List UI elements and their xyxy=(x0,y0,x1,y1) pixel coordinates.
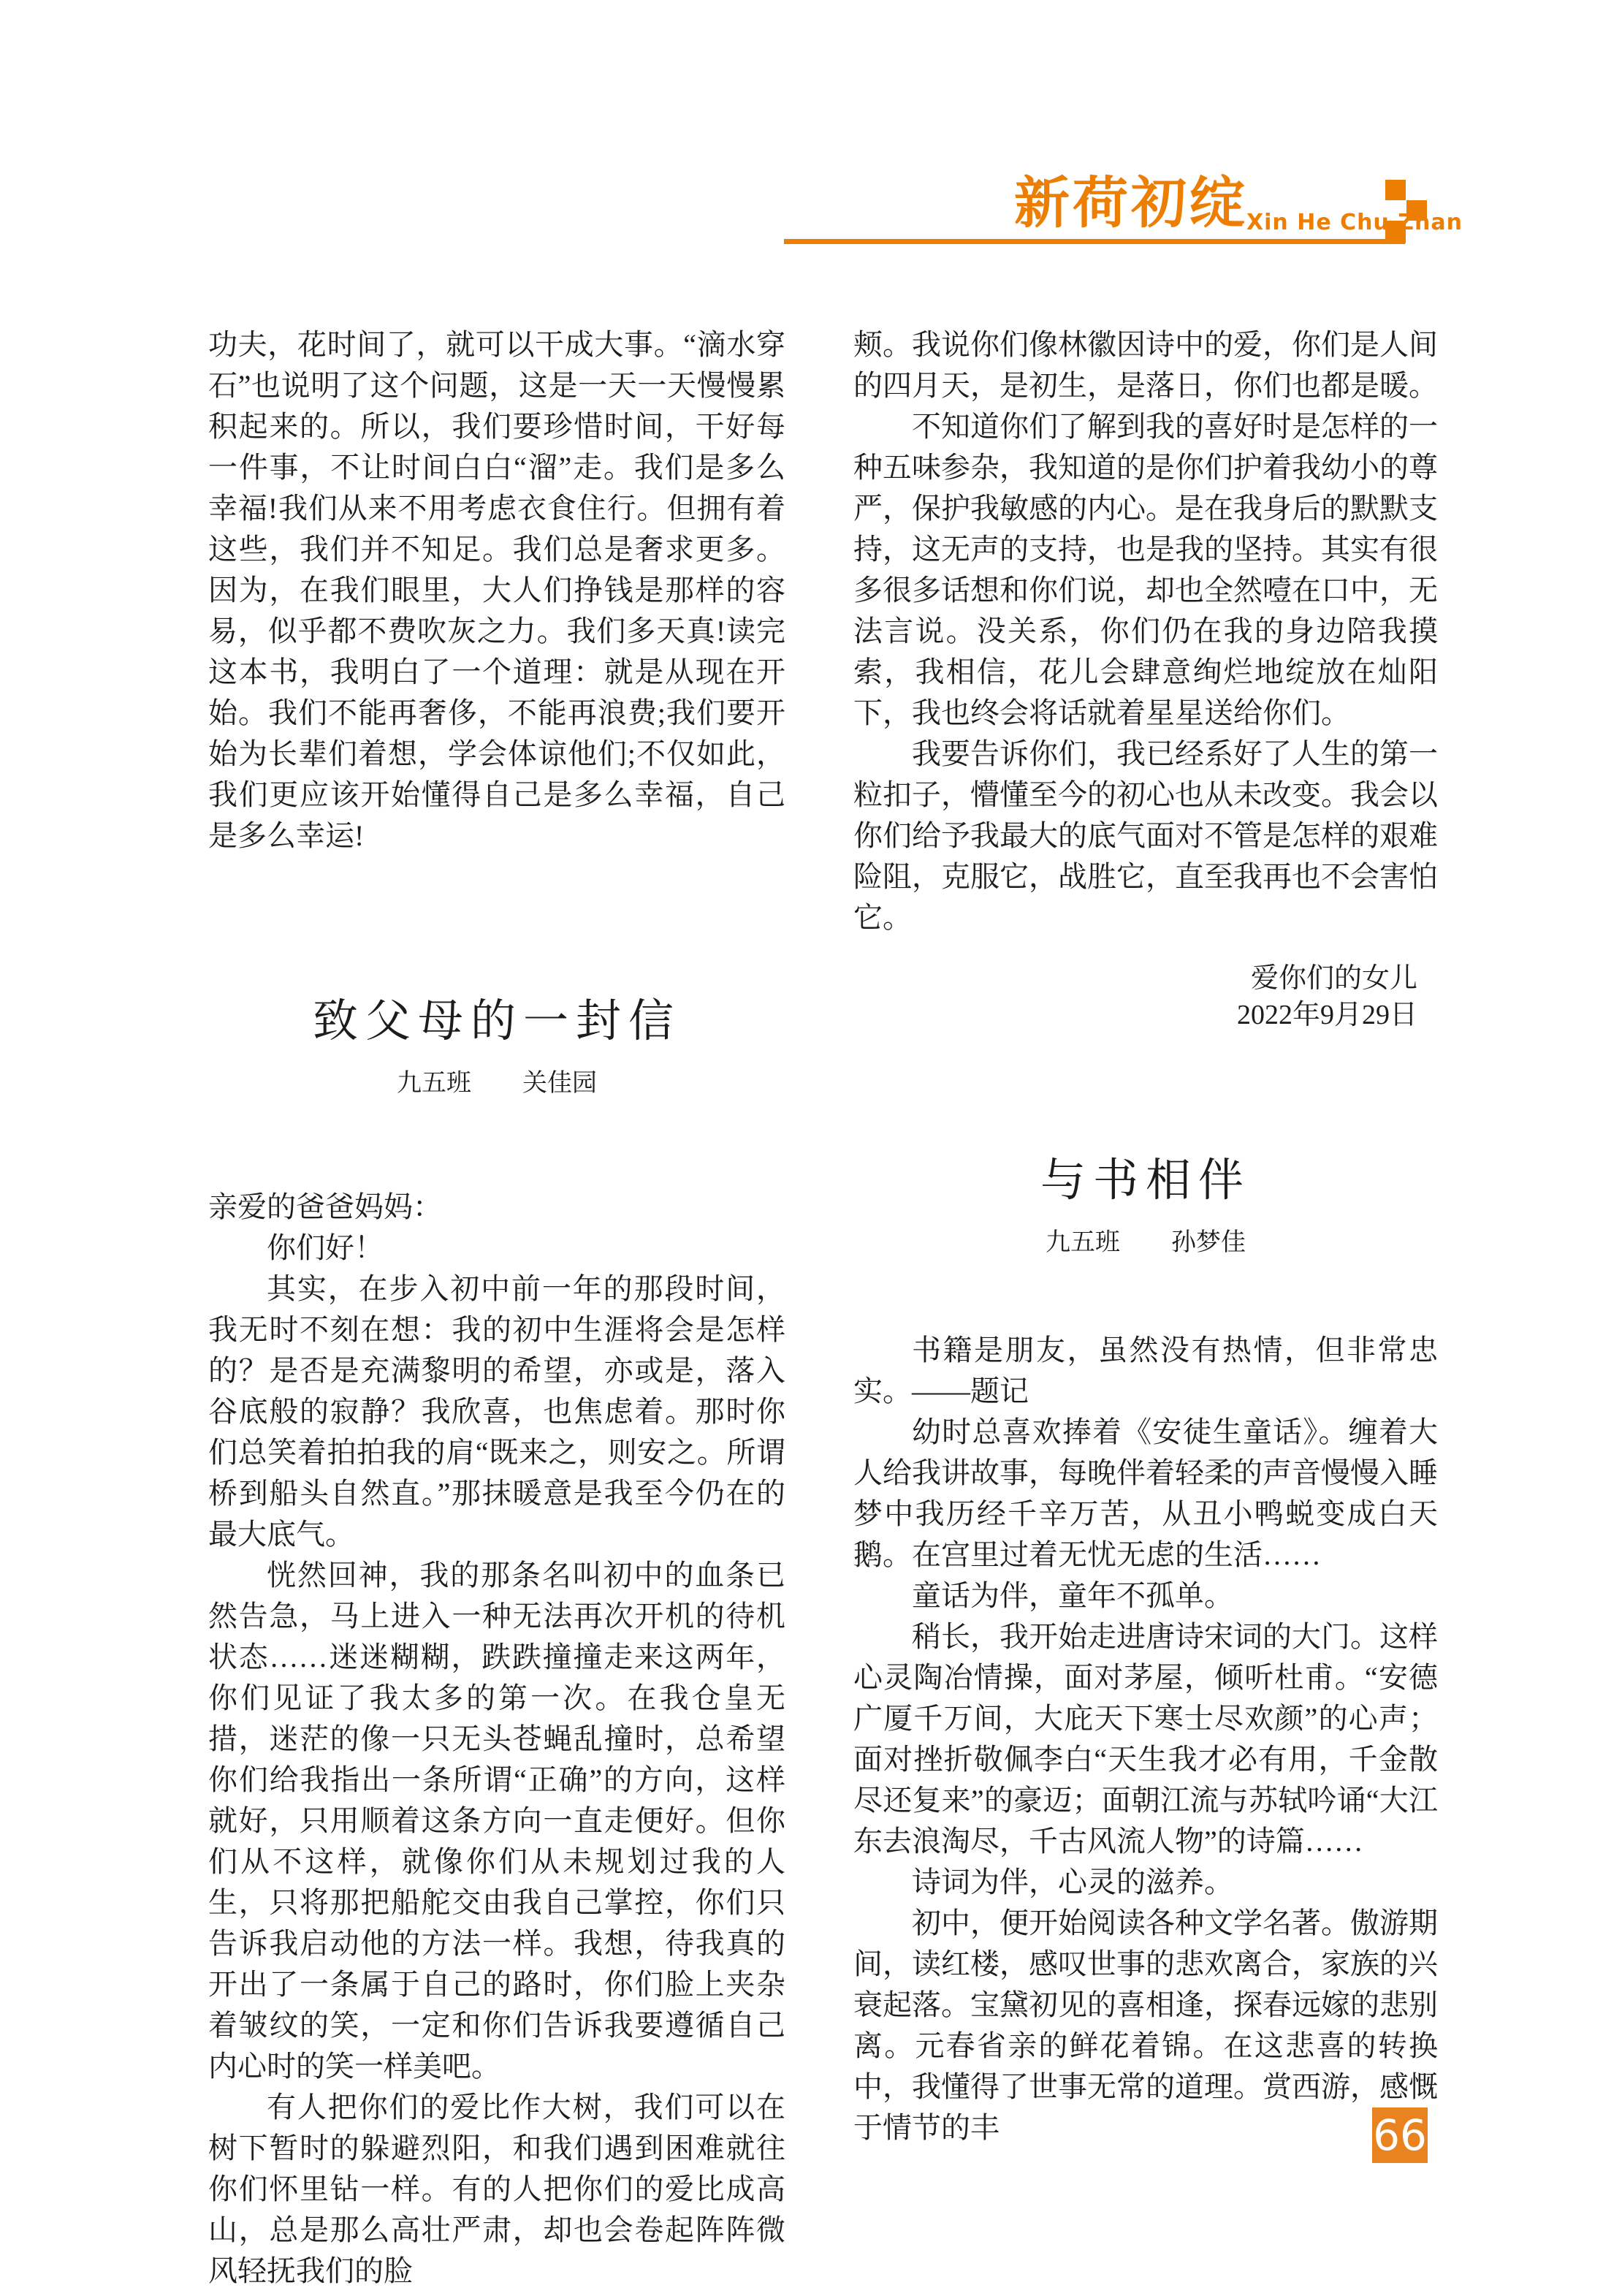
masthead-subtitle: Xin He Chu Zhan xyxy=(1246,210,1463,235)
article2-author-class: 九五班 xyxy=(1046,1229,1120,1256)
article1-author-name: 关佳园 xyxy=(522,1070,597,1097)
article1-author-class: 九五班 xyxy=(397,1070,471,1097)
page-number: 66 xyxy=(1373,2110,1427,2160)
letter-paragraph: 恍然回神，我的那条名叫初中的血条已然告急，马上进入一种无法再次开机的待机状态……… xyxy=(208,1555,785,2087)
intro-continuation-paragraph: 功夫，花时间了，就可以干成大事。“滴水穿石”也说明了这个问题，这是一天一天慢慢累… xyxy=(208,324,785,856)
step-square-icon xyxy=(1385,180,1406,200)
masthead-title: 新荷初绽 xyxy=(1014,172,1248,234)
page-number-badge: 66 xyxy=(1372,2107,1428,2163)
right-column: 颊。我说你们像林徽因诗中的爱，你们是人间的四月天，是初生，是落日，你们也都是暖。… xyxy=(853,324,1438,2148)
article1-byline: 九五班关佳园 xyxy=(208,1067,785,1101)
article1-title: 致父母的一封信 xyxy=(208,992,785,1051)
article2-byline: 九五班孙梦佳 xyxy=(853,1226,1438,1260)
essay-paragraph: 幼时总喜欢捧着《安徒生童话》。缠着大人给我讲故事，每晚伴着轻柔的声音慢慢入睡梦中… xyxy=(853,1412,1438,1575)
letter-salutation: 亲爱的爸爸妈妈： xyxy=(208,1187,785,1228)
magazine-page: 新荷初绽 Xin He Chu Zhan 功夫，花时间了，就可以干成大事。“滴水… xyxy=(0,0,1622,2296)
essay-paragraph: 童话为伴，童年不孤单。 xyxy=(853,1575,1438,1616)
essay-paragraph: 书籍是朋友，虽然没有热情，但非常忠实。——题记 xyxy=(853,1330,1438,1412)
letter-signature: 爱你们的女儿 xyxy=(853,960,1438,997)
article2-body: 书籍是朋友，虽然没有热情，但非常忠实。——题记 幼时总喜欢捧着《安徒生童话》。缠… xyxy=(853,1330,1438,2148)
step-square-icon xyxy=(1406,200,1427,221)
letter-paragraph: 我要告诉你们，我已经系好了人生的第一粒扣子，懵懂至今的初心也从未改变。我会以你们… xyxy=(853,734,1438,938)
left-column: 功夫，花时间了，就可以干成大事。“滴水穿石”也说明了这个问题，这是一天一天慢慢累… xyxy=(208,324,785,2292)
essay-paragraph: 稍长，我开始走进唐诗宋词的大门。这样心灵陶冶情操，面对茅屋，倾听杜甫。“安德广厦… xyxy=(853,1616,1438,1862)
letter-paragraph-continuation: 颊。我说你们像林徽因诗中的爱，你们是人间的四月天，是初生，是落日，你们也都是暖。 xyxy=(853,324,1438,406)
letter-closing: 爱你们的女儿 2022年9月29日 xyxy=(853,960,1438,1033)
article2-title: 与书相伴 xyxy=(853,1152,1438,1210)
letter-paragraph: 有人把你们的爱比作大树，我们可以在树下暂时的躲避烈阳，和我们遇到困难就往你们怀里… xyxy=(208,2087,785,2292)
essay-paragraph: 初中，便开始阅读各种文学名著。傲游期间，读红楼，感叹世事的悲欢离合，家族的兴衰起… xyxy=(853,1903,1438,2148)
article2-author-name: 孙梦佳 xyxy=(1171,1229,1246,1256)
letter-paragraph: 不知道你们了解到我的喜好时是怎样的一种五味参杂，我知道的是你们护着我幼小的尊严，… xyxy=(853,406,1438,734)
essay-paragraph: 诗词为伴，心灵的滋养。 xyxy=(853,1862,1438,1903)
letter-paragraph: 其实，在步入初中前一年的那段时间，我无时不刻在想：我的初中生涯将会是怎样的？是否… xyxy=(208,1269,785,1555)
letter-date: 2022年9月29日 xyxy=(853,997,1438,1033)
letter-greeting: 你们好！ xyxy=(208,1228,785,1269)
masthead-rule xyxy=(784,239,1405,244)
step-square-icon xyxy=(1385,221,1406,243)
